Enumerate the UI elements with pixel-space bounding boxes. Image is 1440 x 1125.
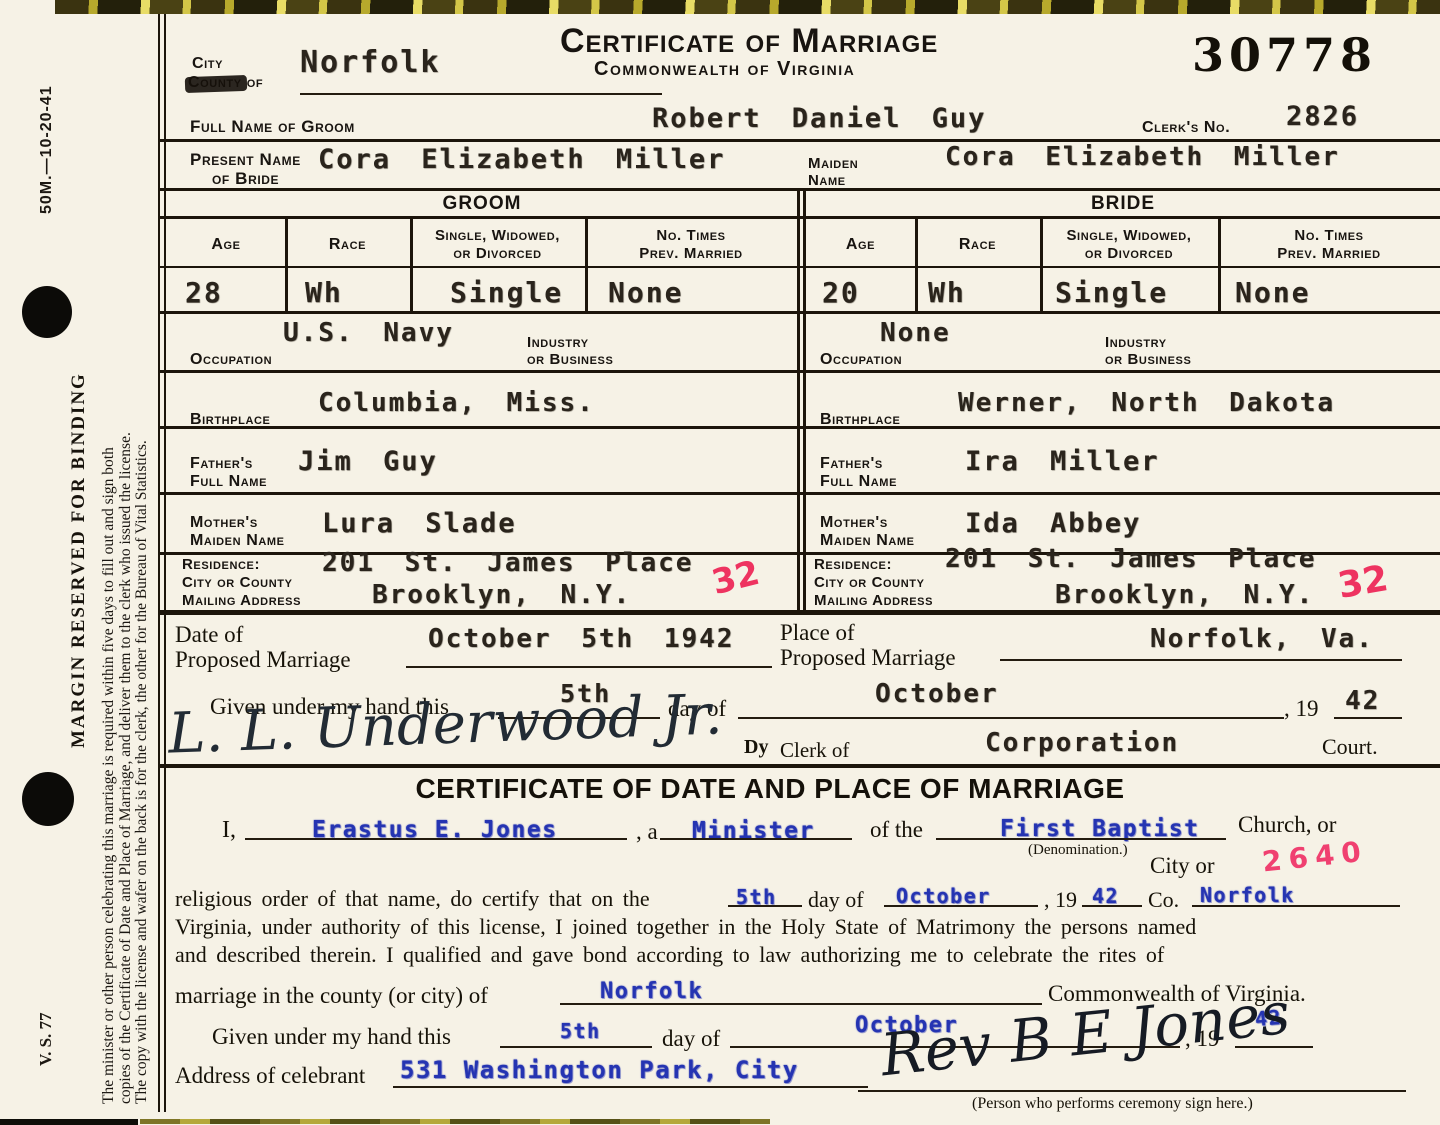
form-code: V. S. 77 — [36, 1012, 56, 1066]
torn-bottom-edge — [140, 1119, 770, 1124]
binding-margin-note: MARGIN RESERVED FOR BINDING — [68, 372, 90, 748]
red-code-number: 2640 — [1261, 835, 1370, 879]
court-label: Court. — [1322, 734, 1378, 760]
divider-line — [1082, 905, 1142, 907]
bride-address-line2: Brooklyn, N.Y. — [1055, 580, 1314, 610]
divider-line — [1192, 905, 1400, 907]
marriage-place-stamp: Norfolk — [600, 979, 703, 1004]
city-label: City — [192, 55, 223, 73]
divider-line — [660, 838, 852, 840]
date-proposed-value: October 5th 1942 — [428, 624, 734, 654]
cert-year-prefix: , 19 — [1044, 887, 1077, 913]
groom-name-value: Robert Daniel Guy — [652, 103, 986, 134]
groom-times-value: None — [608, 276, 683, 309]
bride-race-value: Wh — [928, 276, 966, 309]
bride-industry-label2: or Business — [1105, 351, 1191, 368]
celebrant-given-text: Given under my hand this — [212, 1024, 451, 1050]
groom-status-label: Single, Widowed, — [410, 227, 585, 244]
divider-line — [560, 1003, 1042, 1005]
groom-section-header: GROOM — [167, 193, 797, 215]
form-subtitle: Commonwealth of Virginia — [594, 58, 855, 81]
place-proposed-value: Norfolk, Va. — [1150, 624, 1374, 654]
divider-line — [285, 216, 288, 312]
divider-line — [158, 610, 1440, 615]
bride-section-header: BRIDE — [806, 193, 1440, 215]
celebrant-day-stamp: 5th — [560, 1019, 601, 1043]
bride-times-value: None — [1235, 276, 1310, 309]
clerk-year-prefix: , 19 — [1284, 696, 1319, 722]
divider-line — [158, 426, 1440, 429]
date-proposed-label2: Proposed Marriage — [175, 647, 351, 673]
date-proposed-label: Date of — [175, 622, 243, 648]
bride-residence-label2: City or County — [814, 574, 925, 591]
divider-line — [858, 1090, 1406, 1092]
groom-race-value: Wh — [305, 276, 343, 309]
torn-top-edge — [55, 0, 1440, 14]
groom-age-value: 28 — [185, 276, 223, 309]
clerks-no-label: Clerk's No. — [1142, 119, 1230, 137]
divider-line — [406, 666, 772, 668]
bride-birthplace-value: Werner, North Dakota — [958, 388, 1335, 418]
divider-line — [300, 93, 662, 95]
groom-times-label: No. Times — [585, 227, 797, 244]
groom-times-label2: Prev. Married — [585, 245, 797, 262]
address-celebrant-label: Address of celebrant — [175, 1063, 365, 1089]
a-label: , a — [636, 819, 658, 845]
groom-father-value: Jim Guy — [298, 446, 438, 477]
marriage-certificate-scan: { "margin": { "print_code": "50M.—10-20-… — [0, 0, 1440, 1125]
instruction-line: The minister or other person celebrating… — [101, 94, 118, 1104]
groom-occupation-label: Occupation — [190, 351, 272, 369]
divider-line — [884, 905, 1038, 907]
bride-industry-label: Industry — [1105, 334, 1167, 351]
bride-maiden-name: Cora Elizabeth Miller — [945, 142, 1340, 172]
groom-residence-label3: Mailing Address — [182, 592, 301, 609]
bride-status-label2: or Divorced — [1040, 245, 1218, 262]
celebrant-role-stamp: Minister — [692, 818, 815, 844]
divider-line — [1334, 717, 1402, 719]
instruction-line: The copy with the license and wafer on t… — [134, 94, 151, 1104]
groom-mother-value: Lura Slade — [322, 508, 517, 539]
bride-mother-value: Ida Abbey — [965, 508, 1141, 539]
maiden-name-label2: Name — [808, 172, 846, 189]
denomination-label: (Denomination.) — [1028, 842, 1128, 859]
print-run-code: 50M.—10-20-41 — [38, 85, 56, 214]
punch-hole — [22, 286, 72, 338]
groom-address-line1: 201 St. James Place — [322, 548, 693, 578]
divider-line — [164, 14, 166, 1112]
clerk-of-text: Clerk of — [780, 738, 849, 763]
place-proposed-label2: Proposed Marriage — [780, 645, 956, 671]
serial-number: 30778 — [1192, 28, 1377, 82]
bride-race-label: Race — [915, 236, 1040, 254]
bride-status-value: Single — [1055, 276, 1168, 309]
punch-hole — [22, 772, 74, 826]
address-celebrant-stamp: 531 Washington Park, City — [400, 1056, 799, 1084]
groom-status-value: Single — [450, 276, 563, 309]
bride-age-label: Age — [806, 236, 915, 254]
bride-mother-label: Mother's — [820, 514, 888, 532]
bride-times-label: No. Times — [1218, 227, 1440, 244]
divider-line — [158, 311, 1440, 314]
county-strikeout-blot — [185, 75, 248, 93]
groom-mother-label2: Maiden Name — [190, 532, 285, 550]
deputy-abbrev: Dy — [744, 736, 768, 759]
court-type-value: Corporation — [985, 728, 1179, 758]
groom-father-label: Father's — [190, 455, 253, 473]
groom-address-line2: Brooklyn, N.Y. — [372, 580, 631, 610]
church-or-text: Church, or — [1238, 812, 1336, 838]
groom-birthplace-value: Columbia, Miss. — [318, 388, 595, 418]
city-or-text: City or — [1150, 853, 1215, 879]
clerks-no-value: 2826 — [1286, 101, 1359, 132]
bride-father-value: Ira Miller — [965, 446, 1160, 477]
maiden-name-label: Maiden — [808, 155, 858, 172]
divider-line — [1000, 659, 1402, 661]
groom-occupation-value: U.S. Navy — [283, 318, 454, 348]
groom-status-label2: or Divorced — [410, 245, 585, 262]
divider-line — [158, 764, 1440, 768]
divider-line — [245, 838, 627, 840]
groom-residence-label2: City or County — [182, 574, 293, 591]
divider-line — [158, 370, 1440, 373]
of-the-text: of the — [870, 817, 923, 843]
bottom-left-smudge — [0, 1119, 138, 1125]
cert-dayof-text: day of — [808, 887, 864, 913]
clerk-year-value: 42 — [1345, 686, 1380, 716]
divider-line — [158, 216, 1440, 219]
divider-line — [393, 1086, 868, 1088]
divider-line — [158, 14, 160, 1112]
sign-here-note: (Person who performs ceremony sign here.… — [972, 1095, 1253, 1113]
divider-line — [797, 188, 800, 614]
groom-mother-label: Mother's — [190, 514, 258, 532]
divider-line — [738, 717, 1284, 719]
groom-name-label: Full Name of Groom — [190, 117, 355, 137]
bride-times-label2: Prev. Married — [1218, 245, 1440, 262]
bride-present-name: Cora Elizabeth Miller — [318, 144, 725, 175]
groom-red-mark: 32 — [708, 553, 764, 603]
bride-mother-label2: Maiden Name — [820, 532, 915, 550]
bride-age-value: 20 — [822, 276, 860, 309]
celebrant-dayof-text: day of — [662, 1026, 720, 1052]
divider-line — [158, 492, 1440, 495]
bride-father-label: Father's — [820, 455, 883, 473]
place-proposed-label: Place of — [780, 620, 855, 646]
present-name-label2: of Bride — [212, 169, 279, 189]
minister-instructions: The minister or other person celebrating… — [101, 94, 151, 1104]
cert-county-stamp: Norfolk — [1200, 883, 1295, 907]
city-value: Norfolk — [300, 45, 440, 80]
bride-red-mark: 32 — [1335, 558, 1391, 607]
cert-paragraph-line3: and described therein. I qualified and g… — [175, 942, 1164, 968]
groom-industry-label: Industry — [527, 334, 589, 351]
instruction-line: copies of the Certificate of Date and Pl… — [118, 94, 135, 1104]
groom-age-label: Age — [167, 236, 285, 254]
cert-paragraph-line1: religious order of that name, do certify… — [175, 886, 650, 912]
bride-residence-label3: Mailing Address — [814, 592, 933, 609]
cert-co-text: Co. — [1148, 887, 1179, 913]
bride-occupation-label: Occupation — [820, 351, 902, 369]
divider-line — [158, 266, 1440, 268]
bride-residence-label: Residence: — [814, 556, 892, 573]
divider-line — [915, 216, 918, 312]
divider-line — [936, 838, 1226, 840]
bride-address-line1: 201 St. James Place — [945, 544, 1316, 574]
groom-race-label: Race — [285, 236, 410, 254]
clerk-month-value: October — [875, 679, 999, 709]
bride-occupation-value: None — [880, 318, 951, 348]
groom-residence-label: Residence: — [182, 556, 260, 573]
cert-paragraph-line2: Virginia, under authority of this licens… — [175, 914, 1196, 940]
divider-line — [728, 905, 802, 907]
groom-industry-label2: or Business — [527, 351, 613, 368]
present-name-label: Present Name — [190, 150, 301, 170]
groom-father-label2: Full Name — [190, 473, 267, 491]
i-label: I, — [222, 817, 236, 844]
certificate-section-title: CERTIFICATE OF DATE AND PLACE OF MARRIAG… — [370, 773, 1170, 805]
divider-line — [500, 1046, 652, 1048]
bride-father-label2: Full Name — [820, 473, 897, 491]
marriage-place-text: marriage in the county (or city) of — [175, 983, 488, 1009]
bride-status-label: Single, Widowed, — [1040, 227, 1218, 244]
form-title: Certificate of Marriage — [560, 22, 938, 61]
